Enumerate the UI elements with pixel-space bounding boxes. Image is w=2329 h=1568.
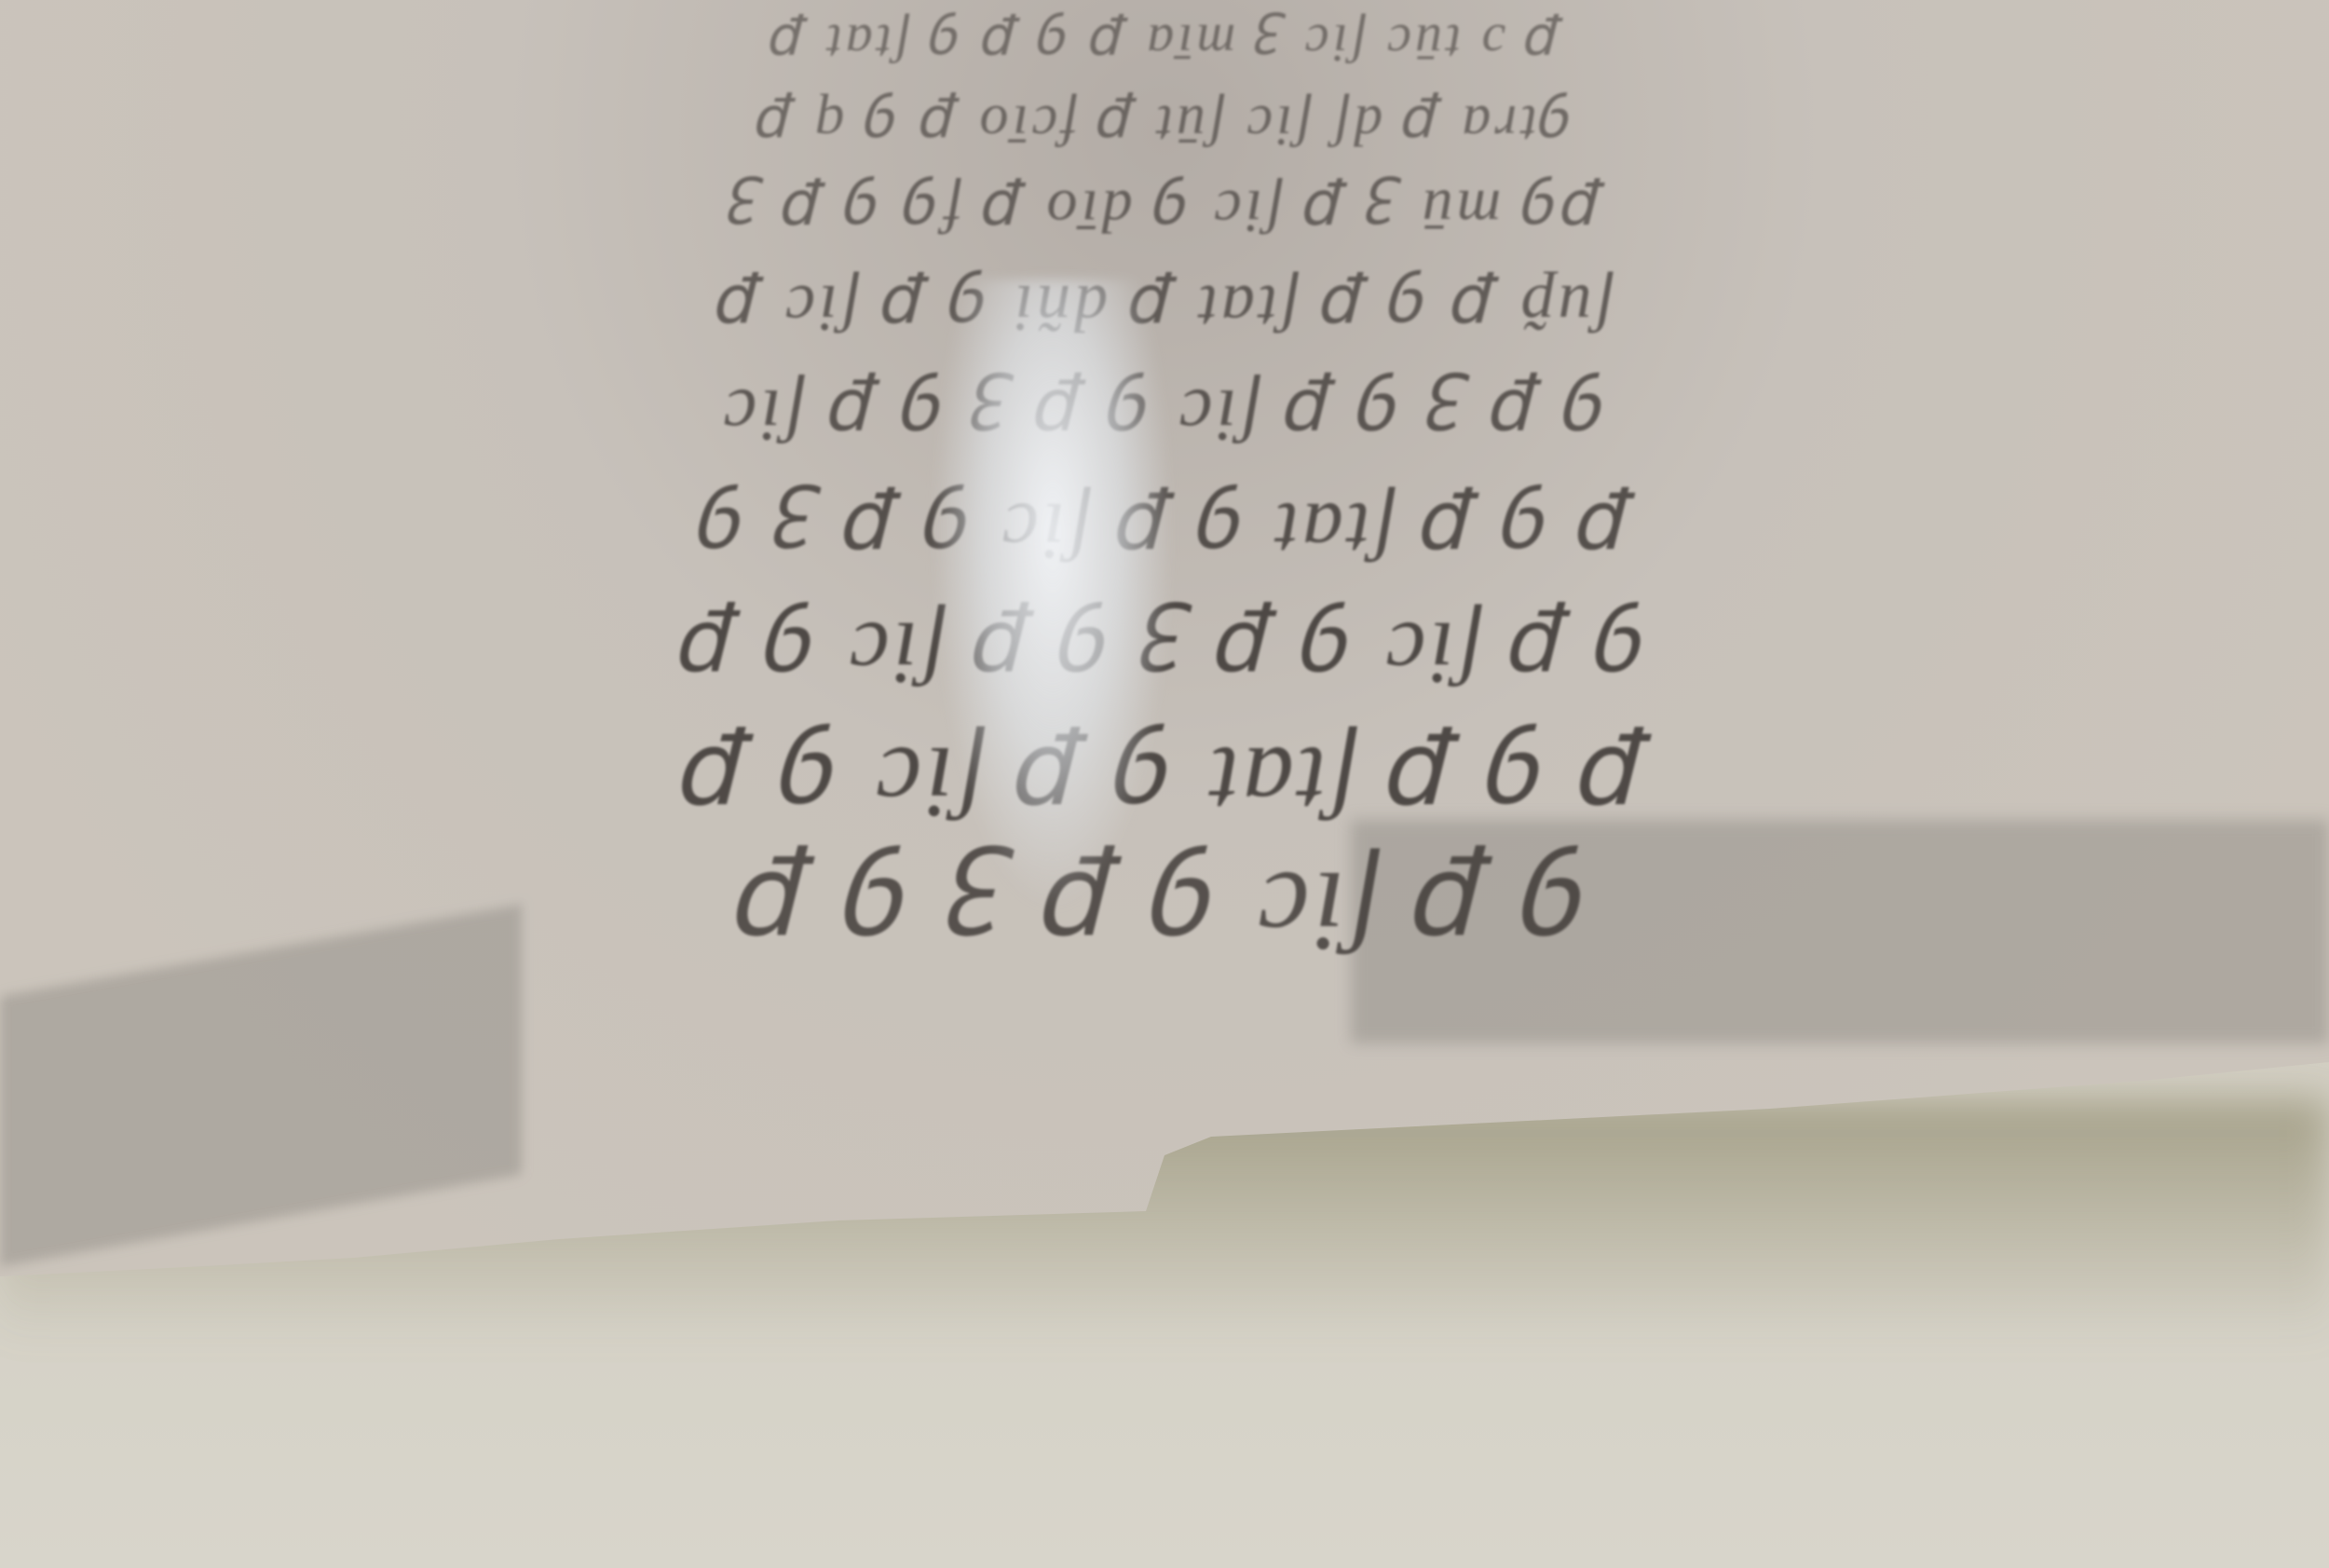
photo-scene: ꝑ ɔ tūc ſic ꝫ mīa ꝑ ꝯ ꝑ ꝯ ſtat ꝑ ꝯtra ꝑ … xyxy=(0,0,2329,1568)
script-line: ꝯtra ꝑ dſ ſic ſūt ꝑ fcīo ꝑ ꝯ q ꝑ xyxy=(0,89,2329,167)
script-line: ꝑ ɔ tūc ſic ꝫ mīa ꝑ ꝯ ꝑ ꝯ ſtat ꝑ xyxy=(0,9,2329,83)
script-line: ꝑꝯ mū ꝫ ꝑ ſic ꝯ dīo ꝑ fꝯ ꝯ ꝑ ꝫ xyxy=(0,172,2329,256)
glue-strip xyxy=(932,280,1174,913)
